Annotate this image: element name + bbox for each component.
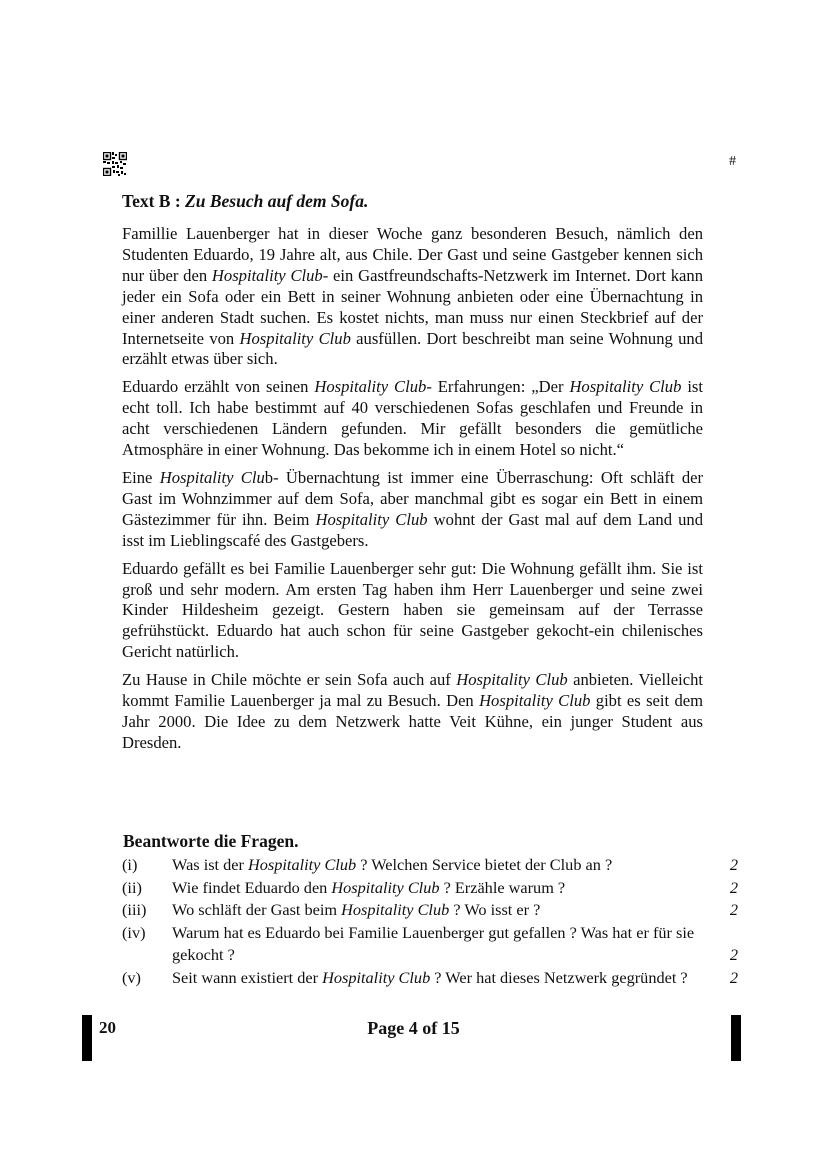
italic-term: Hospitality Club [341, 900, 449, 919]
italic-term: Hospitality Club [322, 968, 430, 987]
text-run: Was ist der [172, 855, 248, 874]
question-item: (iv)Warum hat es Eduardo bei Familie Lau… [122, 922, 742, 967]
passage-title-label: Text B : [122, 191, 181, 211]
questions-list: (i)Was ist der Hospitality Club ? Welche… [122, 854, 742, 989]
question-marks: 2 [730, 967, 738, 990]
text-b-passage: Text B : Zu Besuch auf dem Sofa. Familli… [122, 189, 703, 761]
passage-paragraph: Eine Hospitality Club- Übernachtung ist … [122, 468, 703, 552]
italic-term: Hospitality Club [212, 266, 323, 285]
question-text: Was ist der Hospitality Club ? Welchen S… [172, 854, 707, 877]
question-number: (i) [122, 854, 167, 877]
italic-term: Hospitality Club [569, 377, 681, 396]
question-item: (ii)Wie findet Eduardo den Hospitality C… [122, 877, 742, 900]
text-run: ? Wo isst er ? [449, 900, 540, 919]
italic-term: Hospitality Club [479, 691, 590, 710]
italic-term: Hospitality Clu [160, 468, 265, 487]
text-run: Wie findet Eduardo den [172, 878, 331, 897]
text-run: Seit wann existiert der [172, 968, 322, 987]
question-number: (ii) [122, 877, 167, 900]
question-number: (iii) [122, 899, 167, 922]
question-item: (v)Seit wann existiert der Hospitality C… [122, 967, 742, 990]
passage-paragraph: Eduardo gefällt es bei Familie Lauenberg… [122, 559, 703, 664]
text-run: Eine [122, 468, 160, 487]
passage-paragraphs: Famillie Lauenberger hat in dieser Woche… [122, 224, 703, 754]
italic-term: Hospitality Club [248, 855, 356, 874]
text-run: ? Welchen Service bietet der Club an ? [356, 855, 612, 874]
qr-code-icon [103, 152, 127, 176]
question-marks: 2 [730, 899, 738, 922]
question-item: (iii)Wo schläft der Gast beim Hospitalit… [122, 899, 742, 922]
italic-term: Hospitality Club [314, 377, 426, 396]
hash-mark: # [729, 154, 736, 170]
footer-page-number: Page 4 of 15 [0, 1018, 827, 1039]
text-run: Wo schläft der Gast beim [172, 900, 341, 919]
text-run: ? Erzähle warum ? [440, 878, 566, 897]
text-run: Eduardo gefällt es bei Familie Lauenberg… [122, 559, 703, 662]
question-text: Wo schläft der Gast beim Hospitality Clu… [172, 899, 707, 922]
italic-term: Hospitality Club [240, 329, 351, 348]
question-number: (iv) [122, 922, 167, 945]
text-run: - Erfahrungen: „Der [426, 377, 569, 396]
text-run: ? Wer hat dieses Netzwerk gegründet ? [430, 968, 687, 987]
footer-right-bar [731, 1015, 741, 1061]
passage-title-italic: Zu Besuch auf dem Sofa. [185, 191, 368, 211]
question-item: (i)Was ist der Hospitality Club ? Welche… [122, 854, 742, 877]
question-marks: 2 [730, 854, 738, 877]
italic-term: Hospitality Club [456, 670, 567, 689]
passage-title: Text B : Zu Besuch auf dem Sofa. [122, 189, 703, 213]
italic-term: Hospitality Club [315, 510, 427, 529]
question-marks: 2 [730, 877, 738, 900]
question-text: Wie findet Eduardo den Hospitality Club … [172, 877, 707, 900]
question-text: Seit wann existiert der Hospitality Club… [172, 967, 707, 990]
question-marks: 2 [730, 944, 738, 967]
passage-paragraph: Eduardo erzählt von seinen Hospitality C… [122, 377, 703, 461]
question-text: Warum hat es Eduardo bei Familie Lauenbe… [172, 922, 707, 967]
passage-paragraph: Zu Hause in Chile möchte er sein Sofa au… [122, 670, 703, 754]
text-run: Warum hat es Eduardo bei Familie Lauenbe… [172, 923, 694, 965]
questions-heading: Beantworte die Fragen. [123, 830, 298, 852]
question-number: (v) [122, 967, 167, 990]
passage-paragraph: Famillie Lauenberger hat in dieser Woche… [122, 224, 703, 370]
text-run: Eduardo erzählt von seinen [122, 377, 314, 396]
italic-term: Hospitality Club [331, 878, 439, 897]
text-run: Zu Hause in Chile möchte er sein Sofa au… [122, 670, 456, 689]
